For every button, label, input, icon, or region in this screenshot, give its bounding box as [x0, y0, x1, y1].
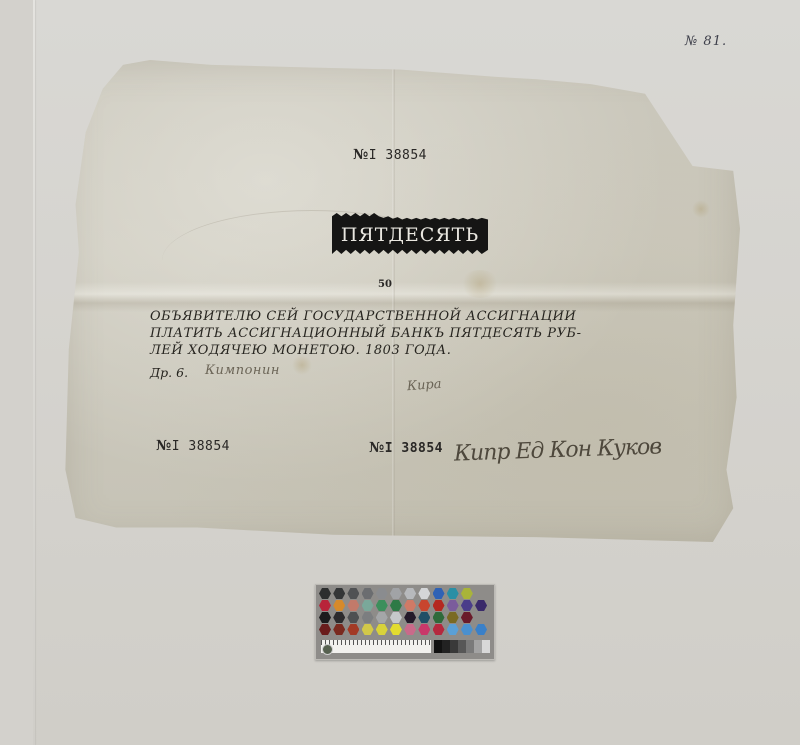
gray-step: [482, 640, 490, 653]
color-swatch: [362, 624, 374, 635]
color-swatch: [447, 600, 459, 611]
numero-sign: №: [353, 147, 369, 163]
color-swatch: [418, 588, 430, 599]
swatch-spacer: [475, 612, 487, 623]
color-swatch: [404, 600, 416, 611]
color-swatch: [319, 612, 331, 623]
color-swatch: [390, 600, 402, 611]
color-swatch: [461, 588, 473, 599]
color-swatch: [447, 612, 459, 623]
color-swatch: [418, 600, 430, 611]
paper-stain: [460, 270, 500, 298]
color-swatch: [461, 612, 473, 623]
denomination-cartouche: ПЯТДЕСЯТЬ: [332, 213, 488, 254]
color-swatch: [447, 588, 459, 599]
color-swatch: [319, 624, 331, 635]
color-swatch: [376, 588, 388, 599]
banknote-text: Объявителю сей государственной ассигнаци…: [150, 308, 660, 359]
serial-value: I 38854: [369, 148, 427, 163]
color-swatch: [319, 600, 331, 611]
album-left-margin: [0, 0, 33, 745]
color-swatch: [433, 624, 445, 635]
color-swatch: [390, 624, 402, 635]
swatch-spacer: [475, 588, 487, 599]
chart-logo-icon: [322, 644, 333, 655]
color-swatch: [347, 624, 359, 635]
color-swatch: [319, 588, 331, 599]
grayscale-strip: [434, 640, 490, 653]
color-swatch: [404, 612, 416, 623]
color-swatch: [362, 588, 374, 599]
color-swatch: [376, 600, 388, 611]
color-swatch: [390, 588, 402, 599]
numero-sign: №: [156, 438, 172, 454]
text-line: лей ходячею монетою. 1803 года.: [150, 342, 660, 359]
color-swatch: [418, 612, 430, 623]
color-swatch: [333, 600, 345, 611]
color-swatch: [404, 588, 416, 599]
color-swatch: [333, 624, 345, 635]
color-swatch: [362, 612, 374, 623]
album-page: № 81. №I 38854 ПЯТДЕСЯТЬ 50 Объявителю с…: [0, 0, 800, 745]
serial-number-top: №I 38854: [353, 147, 427, 163]
gray-step: [450, 640, 458, 653]
color-swatch: [376, 624, 388, 635]
color-swatch: [333, 588, 345, 599]
color-swatch: [433, 588, 445, 599]
color-calibration-chart: [315, 584, 495, 660]
color-swatch: [433, 612, 445, 623]
color-swatch: [362, 600, 374, 611]
gray-step: [442, 640, 450, 653]
color-swatch: [418, 624, 430, 635]
serial-value: I 38854: [385, 441, 443, 456]
gray-step: [434, 640, 442, 653]
color-swatch: [475, 624, 487, 635]
color-swatch: [347, 588, 359, 599]
numero-sign: №: [369, 440, 385, 456]
text-line: Объявителю сей государственной ассигнаци…: [150, 308, 660, 325]
color-swatch: [347, 612, 359, 623]
color-swatch-grid: [319, 588, 491, 635]
color-swatch: [447, 624, 459, 635]
cashier-signature: Кипр Ед Кон Куков: [454, 434, 662, 466]
color-swatch: [333, 612, 345, 623]
serial-number-bottom-center: №I 38854: [369, 440, 443, 456]
scale-ruler: [321, 640, 431, 653]
gray-step: [458, 640, 466, 653]
handwritten-signature: Кира: [407, 377, 442, 394]
color-swatch: [404, 624, 416, 635]
denomination-number: 50: [378, 279, 392, 290]
handwritten-signature: Кимпонин: [205, 363, 280, 378]
serial-number-bottom-left: №I 38854: [156, 438, 230, 454]
album-binding-line: [33, 0, 35, 745]
gray-step: [466, 640, 474, 653]
denomination-word: ПЯТДЕСЯТЬ: [341, 221, 479, 246]
color-swatch: [376, 612, 388, 623]
color-swatch: [461, 624, 473, 635]
serial-value: I 38854: [172, 439, 230, 454]
paper-stain: [692, 200, 710, 218]
banknote-assignation: №I 38854 ПЯТДЕСЯТЬ 50 Объявителю сей гос…: [62, 60, 740, 542]
color-swatch: [390, 612, 402, 623]
text-line: платить ассигнационный банкъ пятдесять р…: [150, 325, 660, 342]
color-swatch: [433, 600, 445, 611]
page-number: № 81.: [685, 34, 727, 49]
color-swatch: [347, 600, 359, 611]
series-label: Др. 6.: [150, 365, 188, 380]
color-swatch: [461, 600, 473, 611]
gray-step: [474, 640, 482, 653]
color-swatch: [475, 600, 487, 611]
